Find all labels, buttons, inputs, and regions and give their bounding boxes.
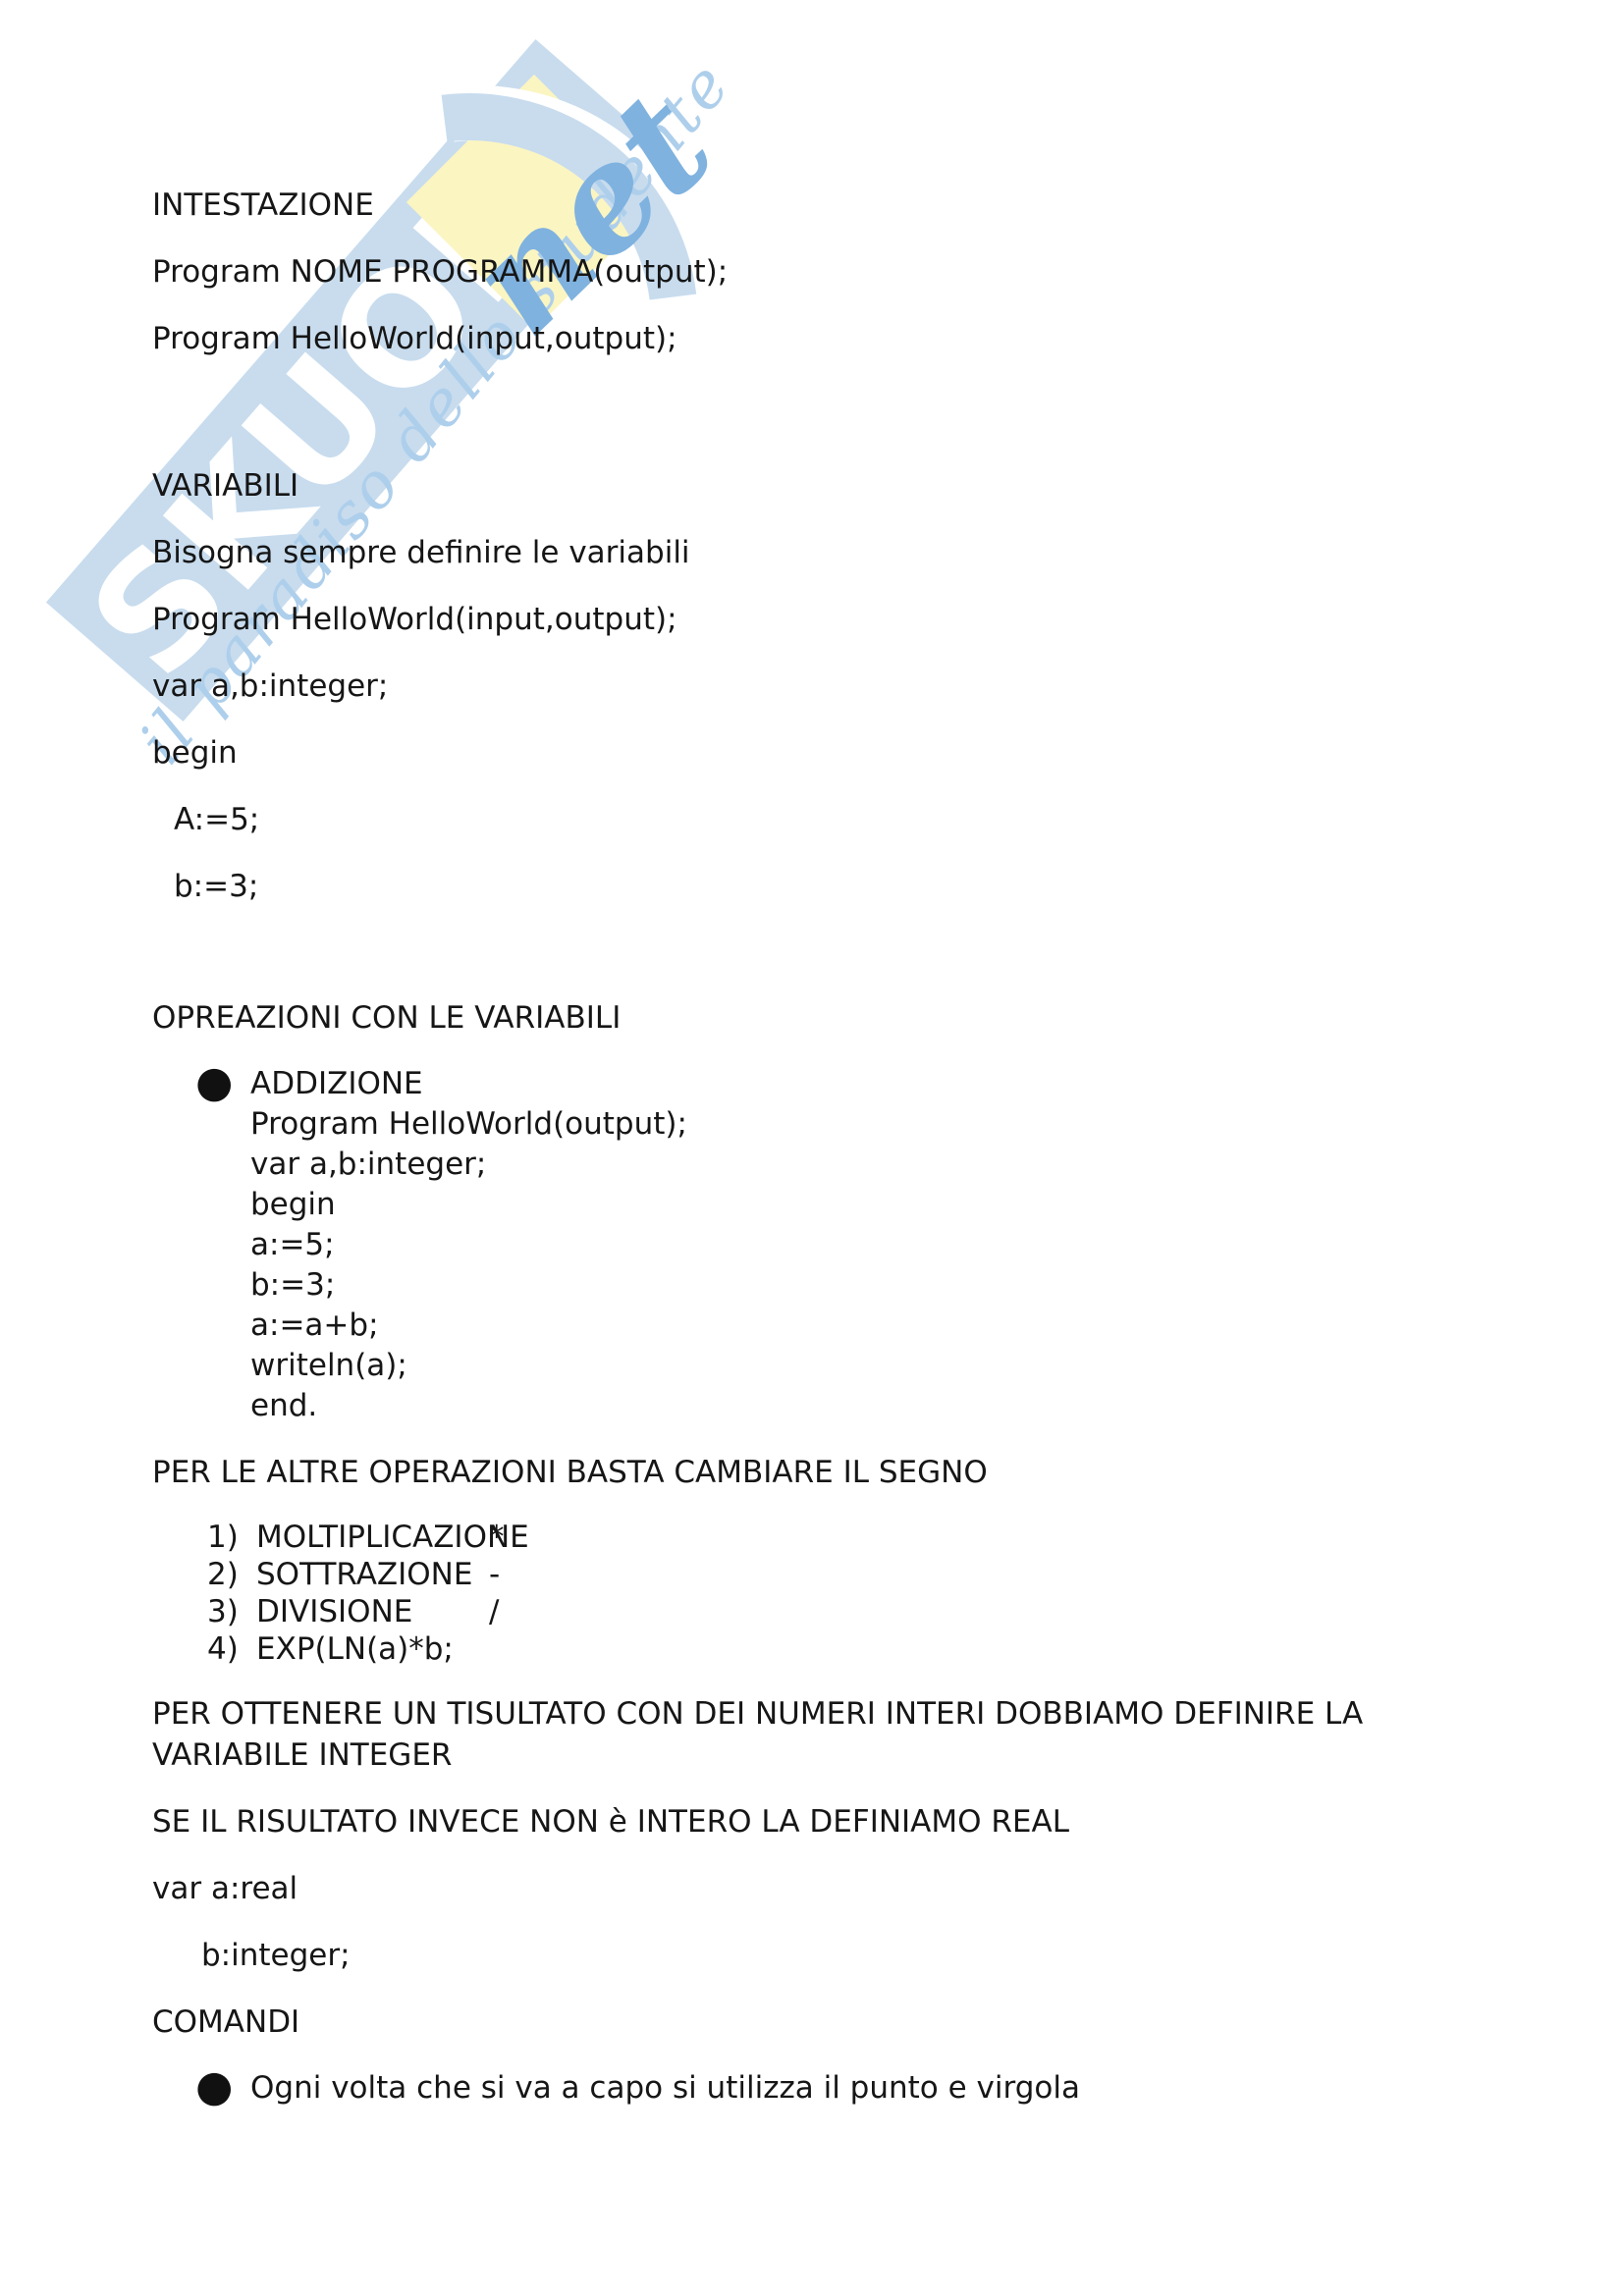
code-line: var a,b:integer; [250,1145,1438,1185]
list-item: ● ADDIZIONE Program HelloWorld(output); … [152,1064,1438,1426]
line-per-le-altre: PER LE ALTRE OPERAZIONI BASTA CAMBIARE I… [152,1452,1438,1493]
line-a-assign: A:=5; [152,799,1438,840]
list-item: 3)DIVISIONE/ [152,1593,1438,1630]
list-item: ● Ogni volta che si va a capo si utilizz… [152,2068,1438,2109]
operation-symbol: - [489,1556,500,1593]
heading-variabili: VARIABILI [152,465,1438,507]
line-se-il-risultato: SE IL RISULTATO INVECE NON è INTERO LA D… [152,1801,1438,1842]
heading-comandi: COMANDI [152,2002,1438,2043]
list-number: 1) [207,1519,256,1556]
operation-label: DIVISIONE [256,1593,489,1630]
operation-symbol: / [489,1593,499,1630]
operation-label: MOLTIPLICAZIONE [256,1519,489,1556]
code-line: Program HelloWorld(output); [250,1104,1438,1145]
list-item: 4)EXP(LN(a)*b; [152,1630,1438,1668]
operation-label: EXP(LN(a)*b; [256,1630,489,1668]
line-per-ottenere: PER OTTENERE UN TISULTATO CON DEI NUMERI… [152,1693,1438,1776]
blank-line [152,933,1438,972]
list-number: 3) [207,1593,256,1630]
line-var-ab: var a,b:integer; [152,666,1438,707]
numbered-list-operations: 1)MOLTIPLICAZIONE* 2)SOTTRAZIONE- 3)DIVI… [152,1519,1438,1668]
bullet-icon: ● [195,2066,233,2107]
document-content: INTESTAZIONE Program NOME PROGRAMMA(outp… [152,185,1438,2134]
bullet-icon: ● [195,1062,233,1102]
operation-symbol: * [489,1519,505,1556]
line-begin: begin [152,732,1438,774]
document-page: SKUOLA il paradiso dello studente net IN… [0,0,1623,2296]
code-line: end. [250,1386,1438,1426]
line-b-assign: b:=3; [152,866,1438,907]
list-item: 2)SOTTRAZIONE- [152,1556,1438,1593]
line-bisogna: Bisogna sempre definire le variabili [152,532,1438,573]
line-b-integer: b:integer; [152,1935,1438,1976]
line-program-helloworld-2: Program HelloWorld(input,output); [152,599,1438,640]
bullet-list-comandi: ● Ogni volta che si va a capo si utilizz… [152,2068,1438,2109]
bullet-list-addizione: ● ADDIZIONE Program HelloWorld(output); … [152,1064,1438,1426]
line-var-a-real: var a:real [152,1868,1438,1909]
blank-line [152,385,1438,440]
operation-label: SOTTRAZIONE [256,1556,489,1593]
code-line: b:=3; [250,1265,1438,1306]
code-line: writeln(a); [250,1346,1438,1386]
bullet-text-ogni-volta: Ogni volta che si va a capo si utilizza … [250,2068,1438,2109]
code-line: begin [250,1185,1438,1225]
list-number: 2) [207,1556,256,1593]
bullet-label-addizione: ADDIZIONE [250,1064,1438,1104]
code-line: a:=5; [250,1225,1438,1265]
code-line: a:=a+b; [250,1306,1438,1346]
line-program-helloworld-1: Program HelloWorld(input,output); [152,318,1438,359]
heading-intestazione: INTESTAZIONE [152,185,1438,226]
list-item: 1)MOLTIPLICAZIONE* [152,1519,1438,1556]
line-program-nome: Program NOME PROGRAMMA(output); [152,251,1438,293]
heading-opreazioni: OPREAZIONI CON LE VARIABILI [152,997,1438,1039]
list-number: 4) [207,1630,256,1668]
